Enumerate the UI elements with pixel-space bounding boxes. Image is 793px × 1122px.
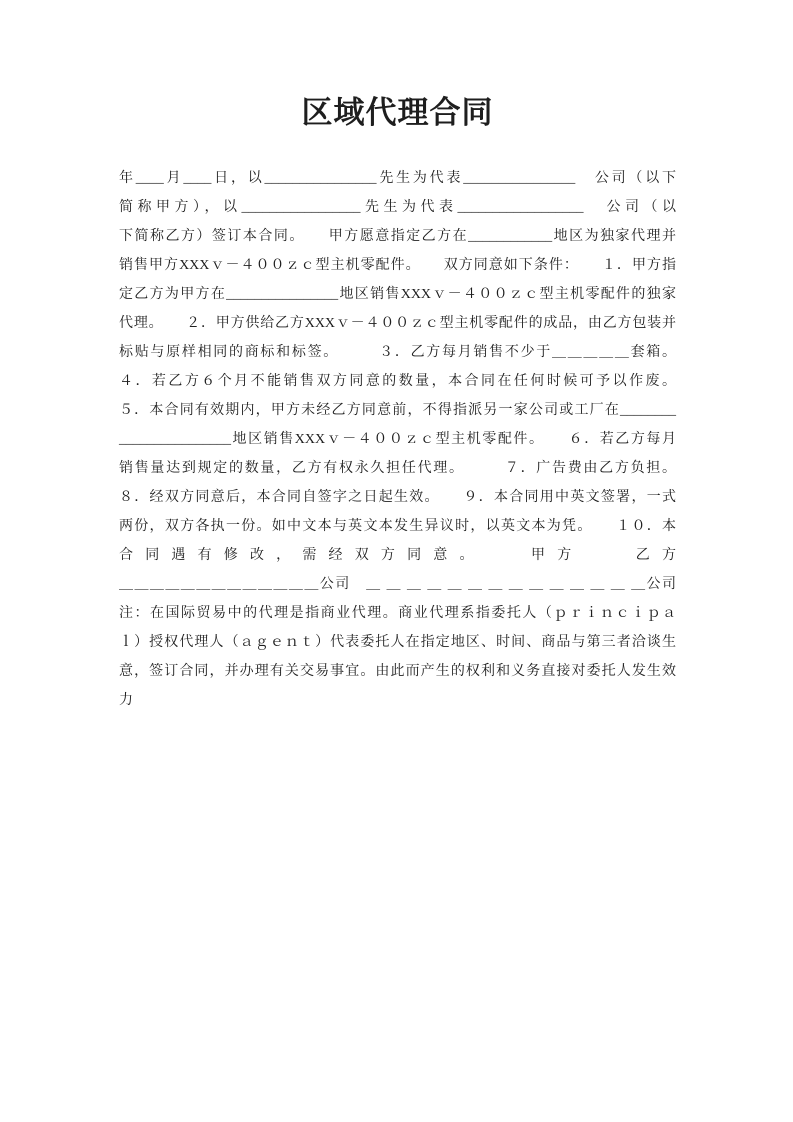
contract-line: 销售甲方XXXｖ－４００ｚｃ型主机零配件。 双方同意如下条件： １．甲方指: [119, 251, 676, 280]
contract-line: ５．本合同有效期内，甲方未经乙方同意前，不得指派另一家公司或工厂在_______…: [119, 396, 676, 425]
contract-line: 简称甲方），以_________________先生为代表___________…: [119, 193, 676, 222]
document-title: 区域代理合同: [119, 92, 676, 134]
contract-body: 年____月____日，以________________先生为代表______…: [119, 164, 676, 715]
contract-line-last: 力: [119, 686, 676, 715]
contract-line: 代理。 ２．甲方供给乙方XXXｖ－４００ｚｃ型主机零配件的成品，由乙方包装并: [119, 309, 676, 338]
contract-line: 销售量达到规定的数量，乙方有权永久担任代理。 ７．广告费由乙方负担。: [119, 454, 676, 483]
contract-line: 定乙方为甲方在________________地区销售XXXｖ－４００ｚｃ型主机…: [119, 280, 676, 309]
contract-line-note: ｌ）授权代理人（ａｇｅｎｔ）代表委托人在指定地区、时间、商品与第三者洽谈生: [119, 628, 676, 657]
contract-line: ４．若乙方６个月不能销售双方同意的数量，本合同在任何时候可予以作废。: [119, 367, 676, 396]
contract-line-signature-parties: 合同遇有修改，需经双方同意。 甲方 乙方: [119, 541, 676, 570]
contract-line-note: 注：在国际贸易中的代理是指商业代理。商业代理系指委托人（ｐｒｉｎｃｉｐａ: [119, 599, 676, 628]
contract-line: 下简称乙方）签订本合同。 甲方愿意指定乙方在____________地区为独家代…: [119, 222, 676, 251]
contract-line: ________________地区销售XXXｖ－４００ｚｃ型主机零配件。 ６．…: [119, 425, 676, 454]
contract-line-note: 意，签订合同，并办理有关交易事宜。由此而产生的权利和义务直接对委托人发生效: [119, 657, 676, 686]
contract-line: 年____月____日，以________________先生为代表______…: [119, 164, 676, 193]
document-page: 区域代理合同 年____月____日，以________________先生为代…: [0, 0, 793, 1122]
contract-line: 标贴与原样相同的商标和标签。 ３．乙方每月销售不少于＿＿＿＿＿套箱。: [119, 338, 676, 367]
contract-line: 两份，双方各执一份。如中文本与英文本发生异议时，以英文本为凭。 １０．本: [119, 512, 676, 541]
contract-line: ８．经双方同意后，本合同自签字之日起生效。 ９．本合同用中英文签署，一式: [119, 483, 676, 512]
contract-line-signature-companies: ＿＿＿＿＿＿＿＿＿＿＿＿＿公司 ＿ ＿ ＿ ＿ ＿ ＿ ＿ ＿ ＿ ＿ ＿ ＿ …: [119, 570, 676, 599]
